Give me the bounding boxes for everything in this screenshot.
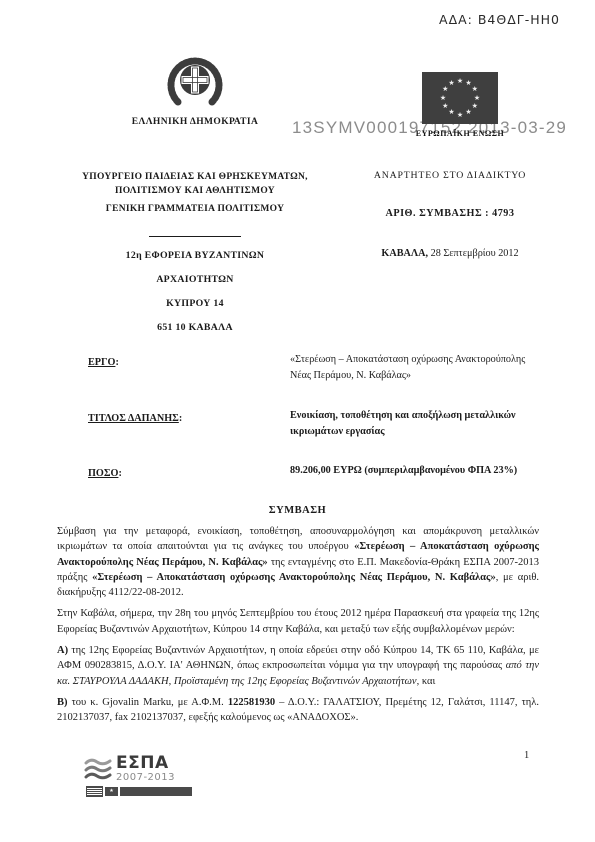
espa-years: 2007-2013 [116, 772, 175, 783]
hellenic-republic-label: ΕΛΛΗΝΙΚΗ ΔΗΜΟΚΡΑΤΙΑ [65, 117, 325, 127]
eu-star-icon: ★ [442, 86, 449, 93]
expense-title-label: ΤΙΤΛΟΣ ΔΑΠΑΝΗΣ: [88, 413, 182, 424]
field-row-amount: ΠΟΣΟ: 89.206,00 ΕΥΡΩ (συμπεριλαμβανομένο… [88, 463, 558, 481]
eu-flag-icon: ★★★★★★★★★★★★ [422, 72, 498, 124]
eu-star-icon: ★ [440, 95, 447, 102]
divider-line [149, 236, 241, 237]
project-value: «Στερέωση – Αποκατάσταση οχύρωσης Ανακτο… [290, 352, 545, 383]
document-page: ΑΔΑ: Β4ΘΔΓ-ΗΗ0 ΕΛΛΗΝΙΚΗ ΔΗΜΟΚΡΑΤΙΑ ★★★★★… [0, 0, 595, 842]
issuer-street: ΚΥΠΡΟΥ 14 [65, 298, 325, 309]
paragraph-signing-context: Στην Καβάλα, σήμερα, την 28η του μηνός Σ… [57, 606, 539, 637]
espa-banner-bar [120, 787, 192, 796]
eu-star-icon: ★ [448, 109, 455, 116]
ministry-name: ΥΠΟΥΡΓΕΙΟ ΠΑΙΔΕΙΑΣ ΚΑΙ ΘΡΗΣΚΕΥΜΑΤΩΝ, ΠΟΛ… [65, 170, 325, 198]
eu-star-icon: ★ [465, 109, 472, 116]
amount-value: 89.206,00 ΕΥΡΩ (συμπεριλαμβανομένου ΦΠΑ … [290, 463, 545, 479]
project-label: ΕΡΓΟ: [88, 357, 119, 368]
expense-title-value: Ενοικίαση, τοποθέτηση και αποξήλωση μετα… [290, 408, 545, 439]
espa-logo: ΕΣΠΑ 2007-2013 ★ [84, 755, 204, 797]
page-number: 1 [524, 750, 529, 761]
issuer-city: 651 10 ΚΑΒΑΛΑ [65, 322, 325, 333]
european-union-label: ΕΥΡΩΠΑΪΚΗ ΕΝΩΣΗ [402, 129, 518, 138]
espa-waves-icon [84, 758, 114, 780]
espa-banner-strip: ★ [86, 786, 204, 797]
eu-mini-flag-icon: ★ [105, 787, 118, 796]
paragraph-contract-subject: Σύμβαση για την μεταφορά, ενοικίαση, τοπ… [57, 524, 539, 600]
ada-code: ΑΔΑ: Β4ΘΔΓ-ΗΗ0 [439, 12, 560, 27]
ephorate-name-line1: 12η ΕΦΟΡΕΙΑ ΒΥΖΑΝΤΙΝΩΝ [65, 250, 325, 261]
field-row-expense-title: ΤΙΤΛΟΣ ΔΑΠΑΝΗΣ: Ενοικίαση, τοποθέτηση κα… [88, 408, 558, 426]
contract-body: Σύμβαση για την μεταφορά, ενοικίαση, τοπ… [57, 524, 539, 732]
espa-title: ΕΣΠΑ [116, 755, 175, 772]
eu-star-icon: ★ [471, 103, 478, 110]
contract-number: ΑΡΙΘ. ΣΥΜΒΑΣΗΣ : 4793 [335, 208, 565, 219]
eu-star-icon: ★ [457, 78, 464, 85]
greek-flag-icon [86, 786, 103, 797]
paragraph-party-b: Β) του κ. Gjovalin Marku, με Α.Φ.Μ. 1225… [57, 695, 539, 726]
eu-star-icon: ★ [471, 86, 478, 93]
eu-star-icon: ★ [474, 95, 481, 102]
paragraph-party-a: Α) της 12ης Εφορείας Βυζαντινών Αρχαιοτή… [57, 643, 539, 689]
field-row-project: ΕΡΓΟ: «Στερέωση – Αποκατάσταση οχύρωσης … [88, 352, 558, 370]
issuer-block: ΥΠΟΥΡΓΕΙΟ ΠΑΙΔΕΙΑΣ ΚΑΙ ΘΡΗΣΚΕΥΜΑΤΩΝ, ΠΟΛ… [65, 170, 325, 333]
eu-star-icon: ★ [442, 103, 449, 110]
contract-heading: ΣΥΜΒΑΣΗ [0, 505, 595, 516]
eu-star-icon: ★ [457, 112, 464, 119]
secretariat-name: ΓΕΝΙΚΗ ΓΡΑΜΜΑΤΕΙΑ ΠΟΛΙΤΙΣΜΟΥ [65, 204, 325, 214]
internet-posting-notice: ΑΝΑΡΤΗΤΕΟ ΣΤΟ ΔΙΑΔΙΚΤΥΟ [335, 170, 565, 181]
place-and-date: ΚΑΒΑΛΑ, 28 Σεπτεμβρίου 2012 [335, 248, 565, 259]
eu-star-icon: ★ [448, 80, 455, 87]
greek-emblem-icon [163, 50, 227, 114]
ephorate-name-line2: ΑΡΧΑΙΟΤΗΤΩΝ [65, 274, 325, 285]
document-meta-block: ΑΝΑΡΤΗΤΕΟ ΣΤΟ ΔΙΑΔΙΚΤΥΟ ΑΡΙΘ. ΣΥΜΒΑΣΗΣ :… [335, 170, 565, 259]
amount-label: ΠΟΣΟ: [88, 468, 122, 479]
